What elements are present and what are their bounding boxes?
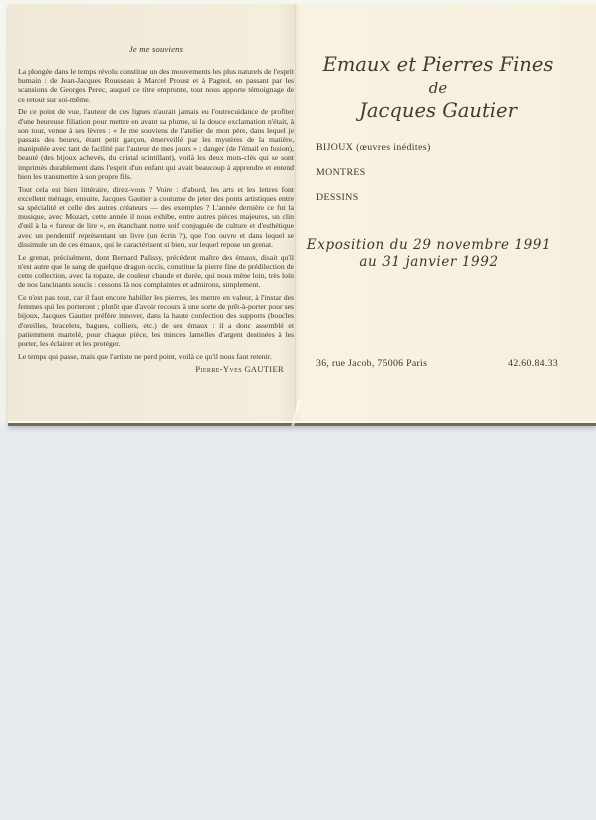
contact-row: 36, rue Jacob, 75006 Paris 42.60.84.33 bbox=[316, 358, 558, 370]
memoir-paragraph: Tout cela est bien littéraire, direz-vou… bbox=[18, 185, 294, 249]
exposition-dates-line2: au 31 janvier 1992 bbox=[296, 254, 562, 271]
left-page: Je me souviens La plongée dans le temps … bbox=[18, 44, 294, 375]
card-title: Emaux et Pierres Fines de Jacques Gautie… bbox=[296, 52, 580, 124]
category-dessins: DESSINS bbox=[316, 193, 431, 203]
exposition-dates: Exposition du 29 novembre 1991 au 31 jan… bbox=[296, 237, 562, 270]
memoir-paragraph: Ce n'est pas tout, car il faut encore ha… bbox=[18, 293, 294, 348]
memoir-title: Je me souviens bbox=[18, 44, 294, 54]
category-montres: MONTRES bbox=[316, 168, 431, 178]
right-page: Emaux et Pierres Fines de Jacques Gautie… bbox=[296, 4, 596, 423]
memoir-paragraph: Le temps qui passe, mais que l'artiste n… bbox=[18, 352, 294, 361]
invitation-card: Je me souviens La plongée dans le temps … bbox=[8, 4, 596, 426]
card-title-line3: Jacques Gautier bbox=[296, 98, 580, 124]
card-title-line1: Emaux et Pierres Fines bbox=[296, 52, 580, 78]
memoir-paragraph: De ce point de vue, l'auteur de ces lign… bbox=[18, 107, 294, 181]
category-list: BIJOUX (œuvres inédites) MONTRES DESSINS bbox=[316, 143, 431, 218]
exposition-dates-line1: Exposition du 29 novembre 1991 bbox=[296, 237, 562, 254]
category-bijoux: BIJOUX (œuvres inédites) bbox=[316, 143, 431, 153]
card-title-line2: de bbox=[296, 78, 580, 98]
fold-crease bbox=[287, 400, 305, 426]
phone-number: 42.60.84.33 bbox=[508, 358, 558, 370]
memoir-paragraph: La plongée dans le temps révolu constitu… bbox=[18, 67, 294, 104]
memoir-signature: Pierre-Yves GAUTIER bbox=[18, 365, 294, 375]
memoir-paragraph: Le grenat, précisément, dont Bernard Pal… bbox=[18, 253, 294, 290]
address-line: 36, rue Jacob, 75006 Paris bbox=[316, 358, 427, 370]
